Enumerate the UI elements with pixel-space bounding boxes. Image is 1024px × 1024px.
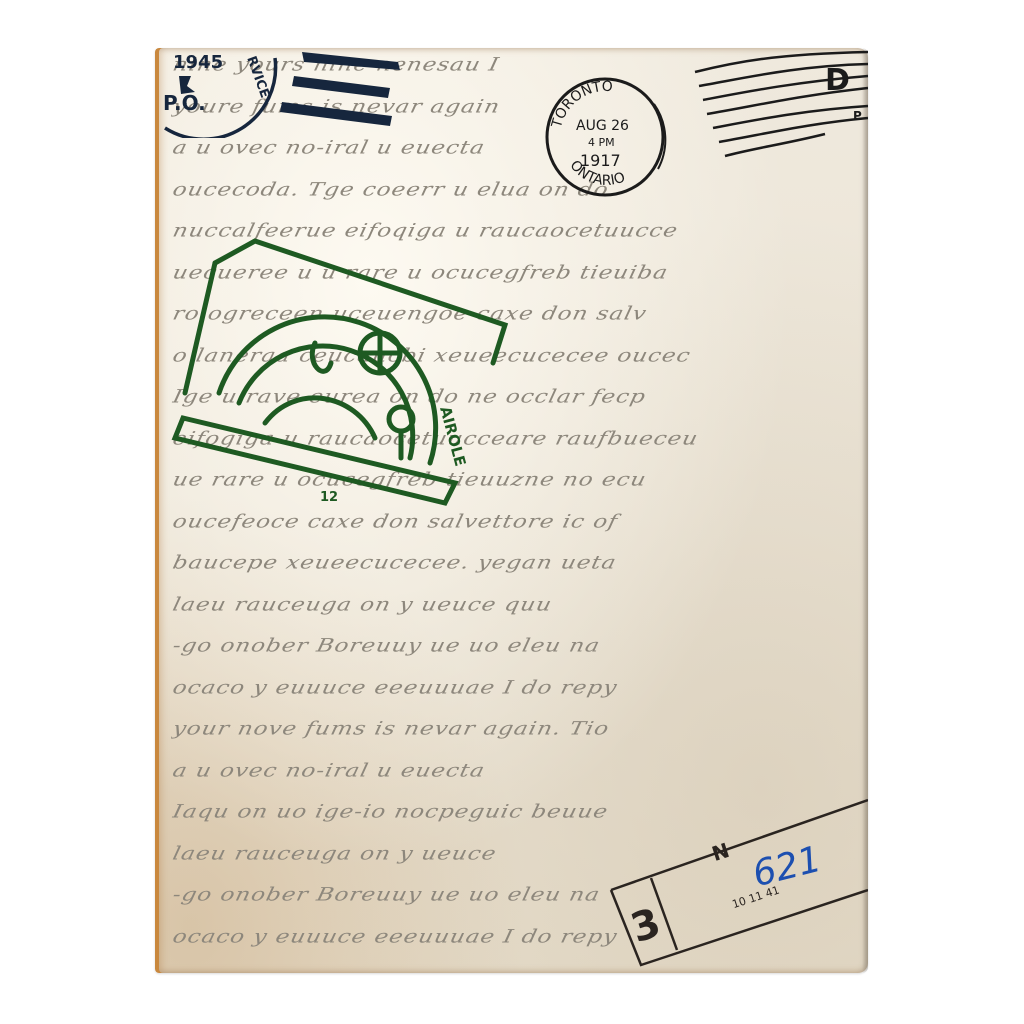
svg-text:P.O.: P.O. [163, 91, 206, 115]
receipt-stamp: 3 N 10 11 41 621 [603, 790, 868, 970]
handwriting-line: laeu rauceuga on y ueuce quu [171, 594, 865, 615]
svg-text:RVICE: RVICE [243, 54, 272, 100]
wavy-cancel-stamp: D P [685, 48, 868, 168]
handwriting-line: ocaco y euuuce eeeuuuae I do repy [171, 677, 865, 698]
svg-text:12: 12 [320, 490, 338, 505]
art-canvas: nine yours nine nenesau Iyoure fums is n… [155, 48, 868, 973]
svg-text:621: 621 [749, 839, 826, 895]
handwriting-line: a u ovec no-iral u euecta [171, 760, 865, 781]
handwriting-line: baucepe xeueecucecee. yegan ueta [171, 553, 865, 574]
postmark-toronto-stamp: TORONTO ONTARIO AUG 26 4 PM 1917 [542, 74, 672, 204]
handwriting-line: -go onober Boreuuy ue uo eleu na [171, 636, 865, 657]
postmark-1945-stamp: 1945 P.O. RVICE [145, 28, 295, 138]
cancel-bars-stamp [280, 48, 410, 128]
svg-text:AUG 26: AUG 26 [576, 118, 629, 134]
handwriting-line: oucecoda. Tge coeerr u elua on do [171, 179, 865, 200]
handwriting-line: your nove fums is nevar again. Tio [171, 719, 865, 740]
airole-stamp: AIROLE 12 [155, 233, 515, 553]
svg-text:1917: 1917 [580, 151, 621, 170]
svg-text:P: P [853, 109, 862, 123]
svg-text:AIROLE: AIROLE [436, 404, 469, 468]
svg-text:1945: 1945 [173, 52, 223, 73]
svg-text:4 PM: 4 PM [588, 136, 615, 149]
svg-text:N: N [709, 838, 732, 866]
svg-text:D: D [825, 63, 850, 98]
